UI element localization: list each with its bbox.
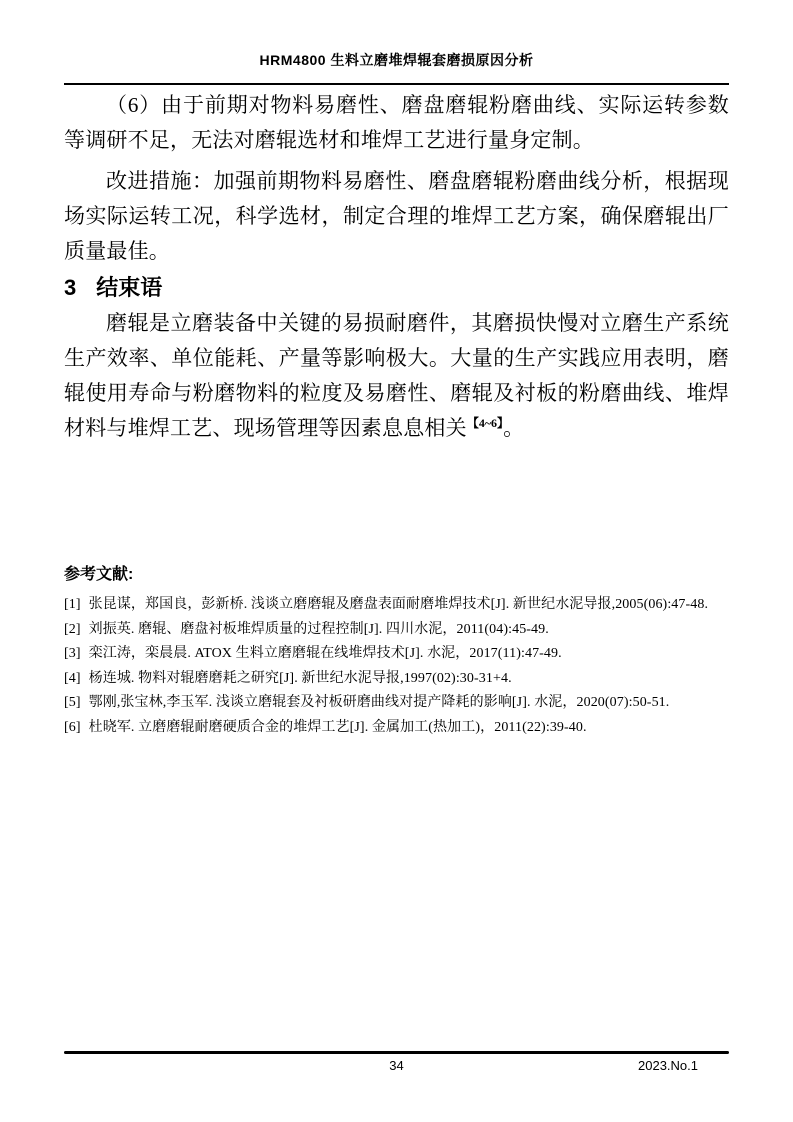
reference-item: [1]张昆谋，郑国良，彭新桥. 浅谈立磨磨辊及磨盘表面耐磨堆焊技术[J]. 新世… xyxy=(64,593,729,618)
paragraph-point-6: （6）由于前期对物料易磨性、磨盘磨辊粉磨曲线、实际运转参数等调研不足，无法对磨辊… xyxy=(64,88,729,158)
page-content: （6）由于前期对物料易磨性、磨盘磨辊粉磨曲线、实际运转参数等调研不足，无法对磨辊… xyxy=(0,88,793,740)
reference-item: [3]栾江涛，栾晨晨. ATOX 生料立磨磨辊在线堆焊技术[J]. 水泥，201… xyxy=(64,642,729,667)
reference-label: [6] xyxy=(64,716,81,741)
footer-rule xyxy=(64,1051,729,1054)
reference-label: [2] xyxy=(64,618,81,643)
reference-label: [4] xyxy=(64,667,81,692)
reference-text: 刘振英. 磨辊、磨盘衬板堆焊质量的过程控制[J]. 四川水泥，2011(04):… xyxy=(89,622,549,637)
document-page: HRM4800 生料立磨堆焊辊套磨损原因分析 （6）由于前期对物料易磨性、磨盘磨… xyxy=(0,0,793,1122)
header-rule xyxy=(64,83,729,85)
reference-text: 栾江涛，栾晨晨. ATOX 生料立磨磨辊在线堆焊技术[J]. 水泥，2017(1… xyxy=(89,646,562,661)
reference-text: 杜晓军. 立磨磨辊耐磨硬质合金的堆焊工艺[J]. 金属加工(热加工)，2011(… xyxy=(89,720,587,735)
paragraph-conclusion: 磨辊是立磨装备中关键的易损耐磨件，其磨损快慢对立磨生产系统生产效率、单位能耗、产… xyxy=(64,306,729,446)
paragraph-improvement-measures: 改进措施：加强前期物料易磨性、磨盘磨辊粉磨曲线分析，根据现场实际运转工况，科学选… xyxy=(64,164,729,269)
reference-label: [5] xyxy=(64,691,81,716)
reference-item: [6]杜晓军. 立磨磨辊耐磨硬质合金的堆焊工艺[J]. 金属加工(热加工)，20… xyxy=(64,716,729,741)
reference-text: 张昆谋，郑国良，彭新桥. 浅谈立磨磨辊及磨盘表面耐磨堆焊技术[J]. 新世纪水泥… xyxy=(89,597,708,612)
running-head-title: HRM4800 生料立磨堆焊辊套磨损原因分析 xyxy=(0,0,793,70)
references-section: 参考文献: [1]张昆谋，郑国良，彭新桥. 浅谈立磨磨辊及磨盘表面耐磨堆焊技术[… xyxy=(64,564,729,740)
section-number: 3 xyxy=(64,272,76,304)
references-list: [1]张昆谋，郑国良，彭新桥. 浅谈立磨磨辊及磨盘表面耐磨堆焊技术[J]. 新世… xyxy=(64,593,729,740)
reference-label: [1] xyxy=(64,593,81,618)
reference-item: [5]鄂刚,张宝林,李玉军. 浅谈立磨辊套及衬板研磨曲线对提产降耗的影响[J].… xyxy=(64,691,729,716)
reference-text: 鄂刚,张宝林,李玉军. 浅谈立磨辊套及衬板研磨曲线对提产降耗的影响[J]. 水泥… xyxy=(89,695,670,710)
reference-item: [2]刘振英. 磨辊、磨盘衬板堆焊质量的过程控制[J]. 四川水泥，2011(0… xyxy=(64,618,729,643)
reference-item: [4]杨连城. 物料对辊磨磨耗之研究[J]. 新世纪水泥导报,1997(02):… xyxy=(64,667,729,692)
references-heading: 参考文献: xyxy=(64,564,729,586)
section-heading-conclusion: 3结束语 xyxy=(64,272,729,304)
conclusion-text: 磨辊是立磨装备中关键的易损耐磨件，其磨损快慢对立磨生产系统生产效率、单位能耗、产… xyxy=(64,311,729,440)
reference-label: [3] xyxy=(64,642,81,667)
citation-superscript: 【4~6】 xyxy=(467,416,503,430)
section-title: 结束语 xyxy=(96,275,162,300)
issue-label: 2023.No.1 xyxy=(638,1058,698,1073)
page-header: HRM4800 生料立磨堆焊辊套磨损原因分析 xyxy=(0,0,793,85)
reference-text: 杨连城. 物料对辊磨磨耗之研究[J]. 新世纪水泥导报,1997(02):30-… xyxy=(89,671,512,686)
conclusion-period: 。 xyxy=(503,416,524,440)
